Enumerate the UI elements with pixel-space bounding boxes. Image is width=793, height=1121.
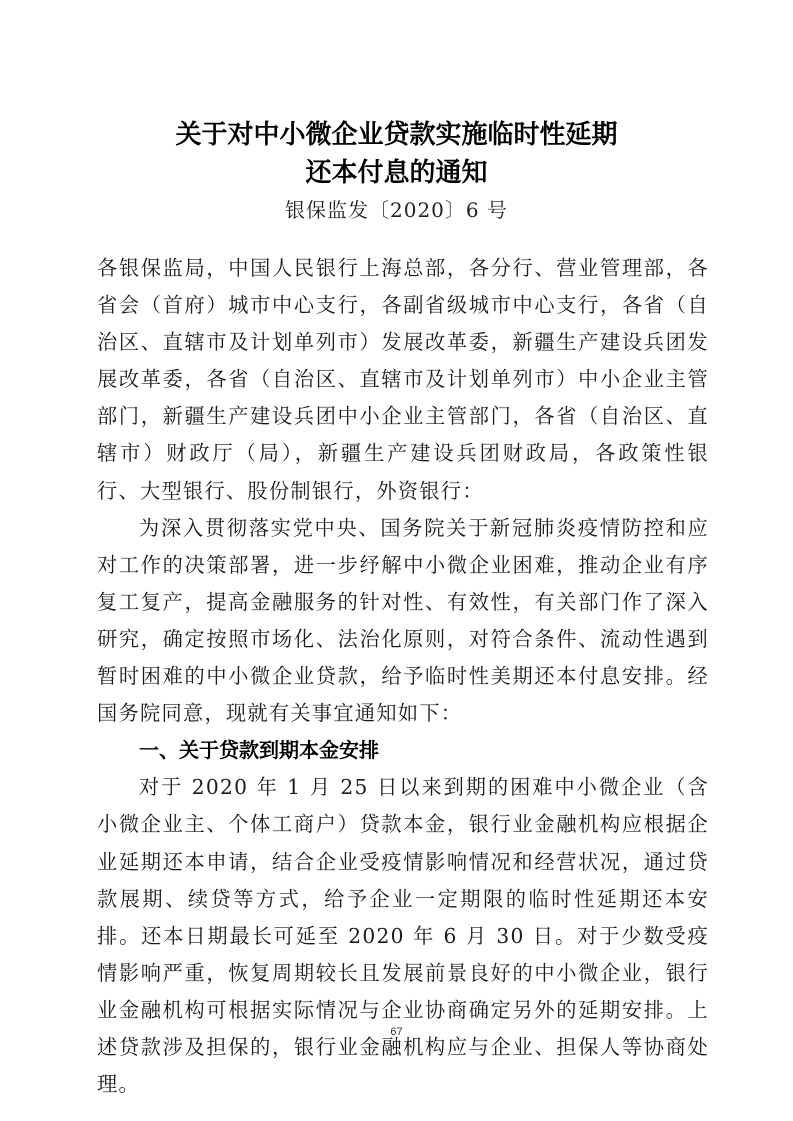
document-body: 各银保监局，中国人民银行上海总部，各分行、营业管理部，各省会（首府）城市中心支行… xyxy=(97,250,709,1103)
section-1-paragraph: 对于 2020 年 1 月 25 日以来到期的困难中小微企业（含小微企业主、个体… xyxy=(97,769,709,1103)
document-number: 银保监发〔2020〕6 号 xyxy=(0,194,793,223)
document-title-line-2: 还本付息的通知 xyxy=(0,152,793,189)
addressees-paragraph: 各银保监局，中国人民银行上海总部，各分行、营业管理部，各省会（首府）城市中心支行… xyxy=(97,250,709,510)
page-number: 67 xyxy=(0,1026,793,1038)
section-1-heading: 一、关于贷款到期本金安排 xyxy=(97,732,709,769)
intro-paragraph: 为深入贯彻落实党中央、国务院关于新冠肺炎疫情防控和应对工作的决策部署，进一步纾解… xyxy=(97,510,709,733)
document-title-line-1: 关于对中小微企业贷款实施临时性延期 xyxy=(0,114,793,151)
